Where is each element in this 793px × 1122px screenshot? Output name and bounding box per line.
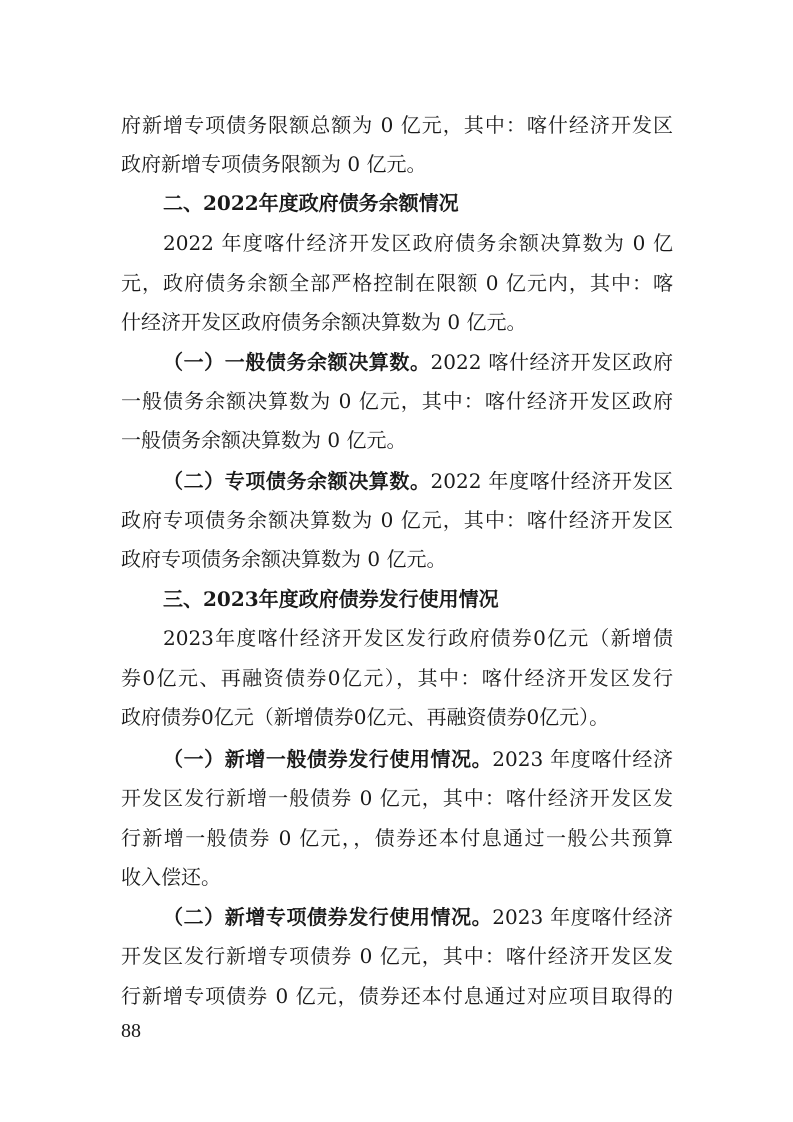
- paragraph-line: 2023年度喀什经济开发区发行政府债券0亿元（新增债: [121, 623, 673, 653]
- paragraph-text: 2022 喀什经济开发区政府: [431, 350, 673, 374]
- paragraph-line: 政府新增专项债务限额为 0 亿元。: [121, 149, 673, 179]
- paragraph-line: （二）专项债务余额决算数。2022 年度喀什经济开发区: [121, 466, 673, 496]
- paragraph-line: 一般债务余额决算数为 0 亿元。: [121, 425, 673, 455]
- paragraph-line: 政府债券0亿元（新增债券0亿元、再融资债券0亿元）。: [121, 702, 673, 732]
- paragraph-text: 2022 年度喀什经济开发区: [431, 469, 673, 493]
- paragraph-line: 2022 年度喀什经济开发区政府债务余额决算数为 0 亿: [121, 228, 673, 258]
- subheading: （二）专项债务余额决算数。: [163, 469, 431, 493]
- paragraph-text: 2023 年度喀什经济: [492, 747, 673, 771]
- paragraph-line: （二）新增专项债券发行使用情况。2023 年度喀什经济: [121, 902, 673, 932]
- subheading: （一）一般债务余额决算数。: [163, 350, 431, 374]
- page-number: 88: [121, 1020, 141, 1043]
- paragraph-line: 府新增专项债务限额总额为 0 亿元，其中：喀什经济开发区: [121, 110, 673, 140]
- paragraph-line: 开发区发行新增一般债券 0 亿元，其中：喀什经济开发区发: [121, 783, 673, 813]
- paragraph-line: 收入偿还。: [121, 862, 673, 892]
- paragraph-line: 开发区发行新增专项债券 0 亿元，其中：喀什经济开发区发: [121, 941, 673, 971]
- paragraph-line: 一般债务余额决算数为 0 亿元，其中：喀什经济开发区政府: [121, 386, 673, 416]
- paragraph-line: 元，政府债务余额全部严格控制在限额 0 亿元内，其中：喀: [121, 268, 673, 298]
- section-heading-3: 三、2023年度政府债券发行使用情况: [121, 584, 673, 614]
- paragraph-line: 政府专项债务余额决算数为 0 亿元，其中：喀什经济开发区: [121, 505, 673, 535]
- paragraph-line: 行新增一般债券 0 亿元，，债券还本付息通过一般公共预算: [121, 823, 673, 853]
- subheading: （二）新增专项债券发行使用情况。: [163, 905, 492, 929]
- paragraph-line: 什经济开发区政府债务余额决算数为 0 亿元。: [121, 307, 673, 337]
- paragraph-line: 政府专项债务余额决算数为 0 亿元。: [121, 544, 673, 574]
- section-heading-2: 二、2022年度政府债务余额情况: [121, 188, 673, 218]
- paragraph-line: 行新增专项债券 0 亿元，债券还本付息通过对应项目取得的: [121, 981, 673, 1011]
- subheading: （一）新增一般债券发行使用情况。: [163, 747, 492, 771]
- paragraph-line: （一）一般债务余额决算数。2022 喀什经济开发区政府: [121, 347, 673, 377]
- paragraph-text: 2023 年度喀什经济: [492, 905, 673, 929]
- paragraph-line: 券0亿元、再融资债券0亿元），其中：喀什经济开发区发行: [121, 663, 673, 693]
- paragraph-line: （一）新增一般债券发行使用情况。2023 年度喀什经济: [121, 744, 673, 774]
